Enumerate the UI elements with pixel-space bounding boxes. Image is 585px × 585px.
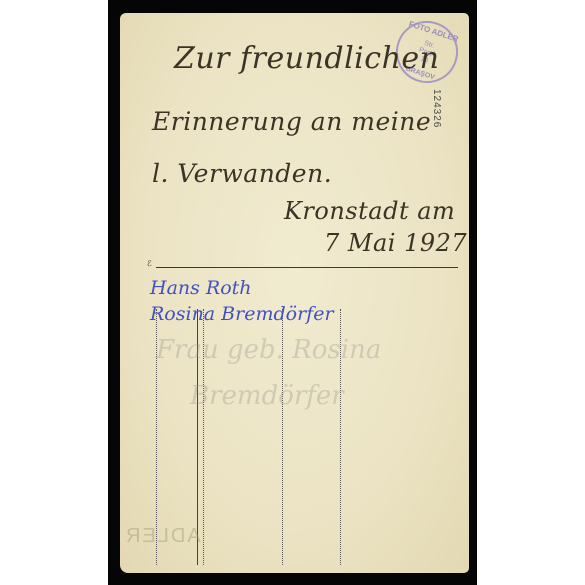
- address-name-2: Rosina Bremdörfer: [150, 303, 334, 325]
- faded-pencil-line-2: Bremdörfer: [190, 381, 344, 411]
- horizontal-divider: [156, 267, 458, 268]
- handwritten-line-1: Zur freundlichen: [174, 41, 439, 76]
- handwritten-line-2: Erinnerung an meine: [152, 107, 431, 136]
- address-name-1: Hans Roth: [150, 277, 252, 299]
- embossed-studio-mark: ADLER: [124, 525, 201, 548]
- postcard-back: FOTO ADLER Str. Porții 14 BRAŞOV 124326 …: [120, 13, 469, 573]
- handwritten-date: 7 Mai 1927: [324, 229, 467, 257]
- handwritten-place: Kronstadt am: [284, 197, 455, 225]
- inventory-number: 124326: [431, 89, 442, 128]
- handwritten-line-3: l. Verwanden.: [152, 159, 332, 188]
- faded-pencil-line-1: Frau geb. Rosina: [156, 335, 381, 365]
- divider-mark: ℰ: [147, 259, 152, 268]
